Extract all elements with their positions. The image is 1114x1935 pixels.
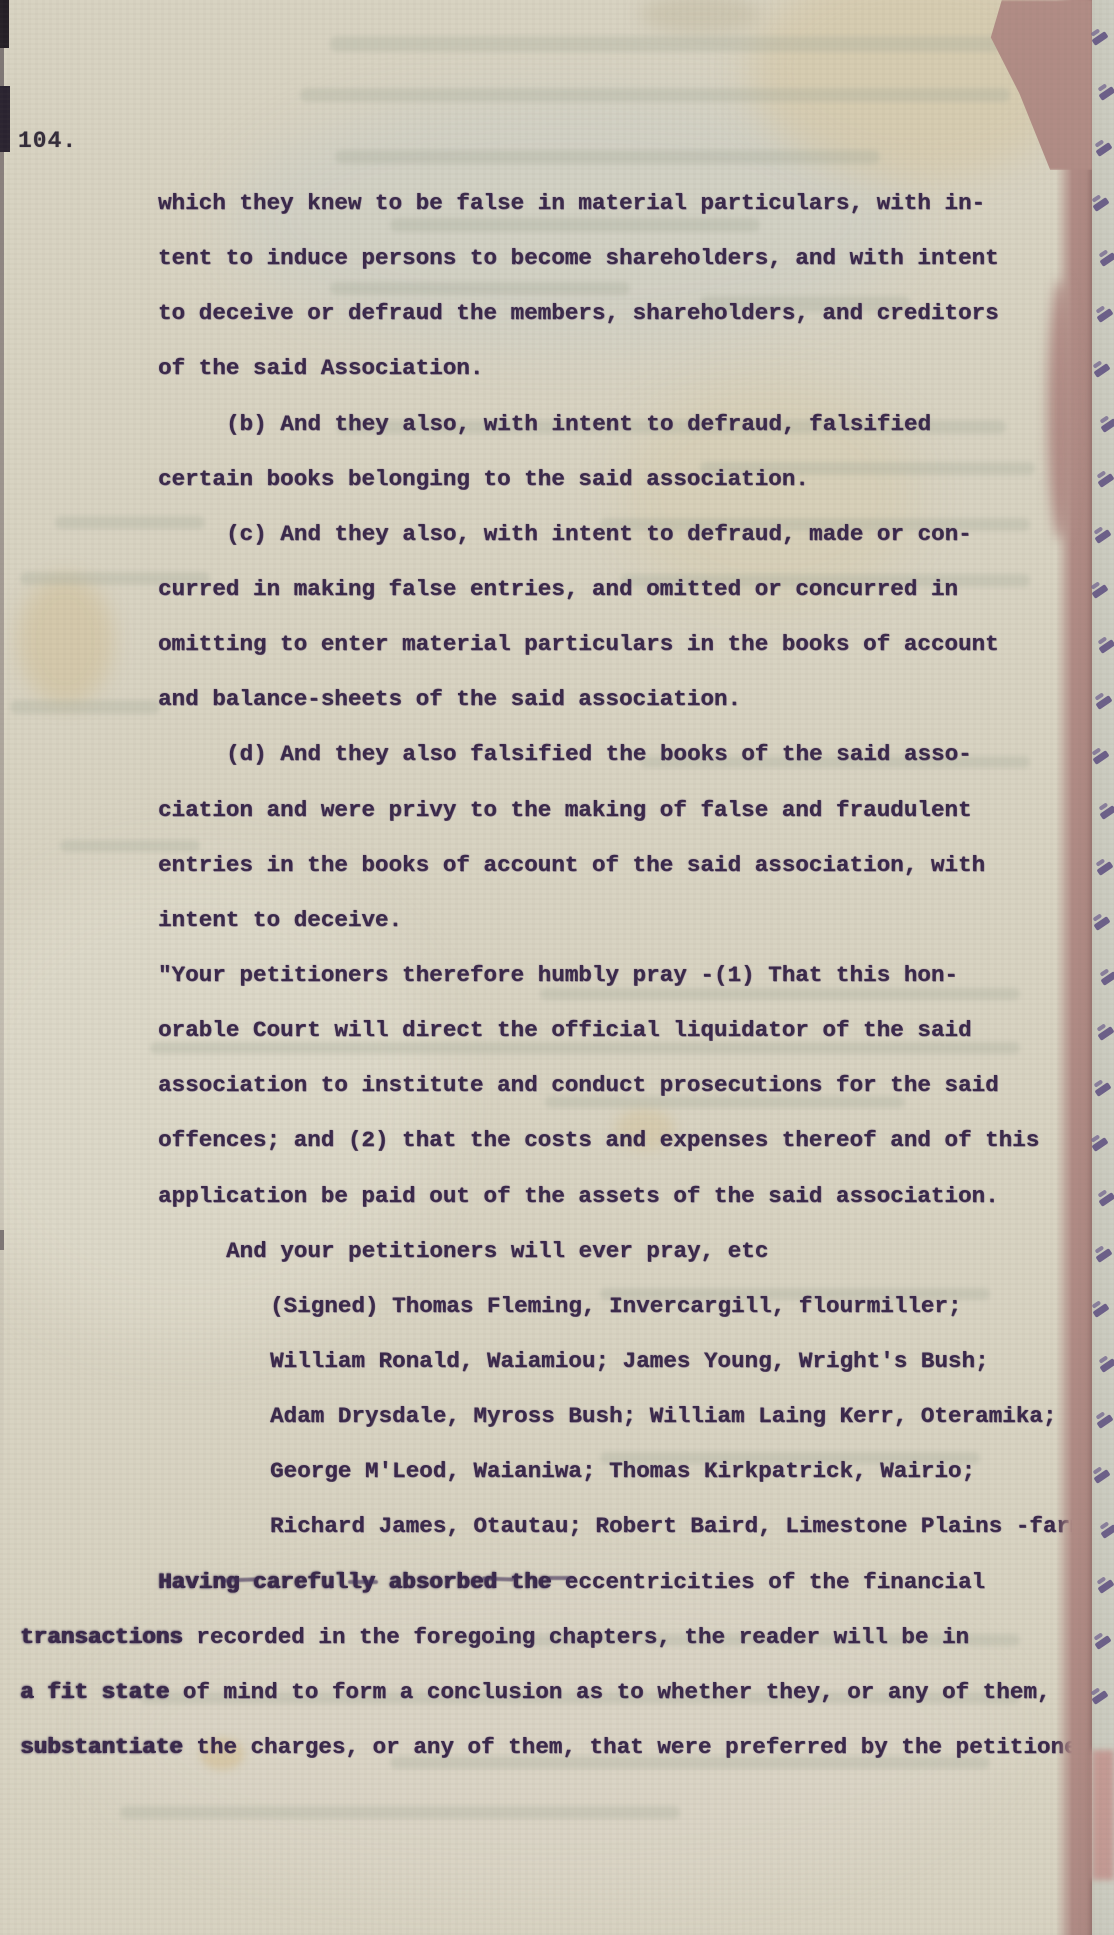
typed-line: orable Court will direct the official li… bbox=[0, 1003, 1114, 1058]
typed-line: Adam Drysdale, Myross Bush; William Lain… bbox=[0, 1389, 1114, 1444]
paper-texture bbox=[750, 0, 1080, 180]
typed-line: entries in the books of account of the s… bbox=[0, 838, 1114, 893]
smeared-ink-text: transactions bbox=[20, 1624, 183, 1650]
typed-line: ciation and were privy to the making of … bbox=[0, 783, 1114, 838]
typed-line: of the said Association. bbox=[0, 341, 1114, 396]
typed-line: George M'Leod, Waianiwa; Thomas Kirkpatr… bbox=[0, 1444, 1114, 1499]
typed-line: offences; and (2) that the costs and exp… bbox=[0, 1113, 1114, 1168]
typed-line: to deceive or defraud the members, share… bbox=[0, 286, 1114, 341]
paper-stain bbox=[640, 0, 760, 34]
next-page-text-fragment bbox=[1095, 142, 1112, 157]
ghost-bleed-line bbox=[330, 36, 1000, 52]
typed-line: substantiate the charges, or any of them… bbox=[0, 1720, 1114, 1775]
typed-line: tent to induce persons to become shareho… bbox=[0, 231, 1114, 286]
ghost-bleed-line bbox=[300, 88, 1010, 102]
typed-line: Having carefully absorbed the eccentrici… bbox=[0, 1555, 1114, 1610]
smeared-ink-text: a fit state bbox=[20, 1679, 169, 1705]
page-corner-discoloration bbox=[982, 0, 1092, 170]
typed-line: association to institute and conduct pro… bbox=[0, 1058, 1114, 1113]
typed-text: which they knew to be false in material … bbox=[0, 176, 1114, 1775]
typed-line: "Your petitioners therefore humbly pray … bbox=[0, 948, 1114, 1003]
typed-line: and balance-sheets of the said associati… bbox=[0, 672, 1114, 727]
typed-line: (c) And they also, with intent to defrau… bbox=[0, 507, 1114, 562]
smeared-ink-text: substantiate bbox=[20, 1734, 183, 1760]
typed-line: transactions recorded in the foregoing c… bbox=[0, 1610, 1114, 1665]
next-page-text-fragment bbox=[1098, 86, 1114, 101]
typed-line: Richard James, Otautau; Robert Baird, Li… bbox=[0, 1499, 1114, 1554]
typed-line: William Ronald, Waiamiou; James Young, W… bbox=[0, 1334, 1114, 1389]
left-edge-shadow bbox=[0, 48, 4, 86]
typed-line: intent to deceive. bbox=[0, 893, 1114, 948]
typed-line: omitting to enter material particulars i… bbox=[0, 617, 1114, 672]
ghost-bleed-line bbox=[120, 1806, 680, 1819]
typed-line: a fit state of mind to form a conclusion… bbox=[0, 1665, 1114, 1720]
left-edge-shadow bbox=[0, 86, 10, 152]
ghost-bleed-line bbox=[335, 150, 880, 164]
smeared-ink-text: Having carefully absorbed the bbox=[158, 1569, 551, 1595]
page-number: 104. bbox=[18, 128, 77, 154]
typed-line: And your petitioners will ever pray, etc bbox=[0, 1224, 1114, 1279]
typed-line: (b) And they also, with intent to defrau… bbox=[0, 397, 1114, 452]
next-page-text-fragment bbox=[1091, 31, 1108, 46]
scanned-page: 104. which they knew to be false in mate… bbox=[0, 0, 1114, 1935]
typed-line: (d) And they also falsified the books of… bbox=[0, 727, 1114, 782]
typed-line: certain books belonging to the said asso… bbox=[0, 452, 1114, 507]
typed-line: (Signed) Thomas Fleming, Invercargill, f… bbox=[0, 1279, 1114, 1334]
typed-line: which they knew to be false in material … bbox=[0, 176, 1114, 231]
typed-line: curred in making false entries, and omit… bbox=[0, 562, 1114, 617]
left-edge-shadow bbox=[0, 0, 9, 48]
typed-line: application be paid out of the assets of… bbox=[0, 1169, 1114, 1224]
